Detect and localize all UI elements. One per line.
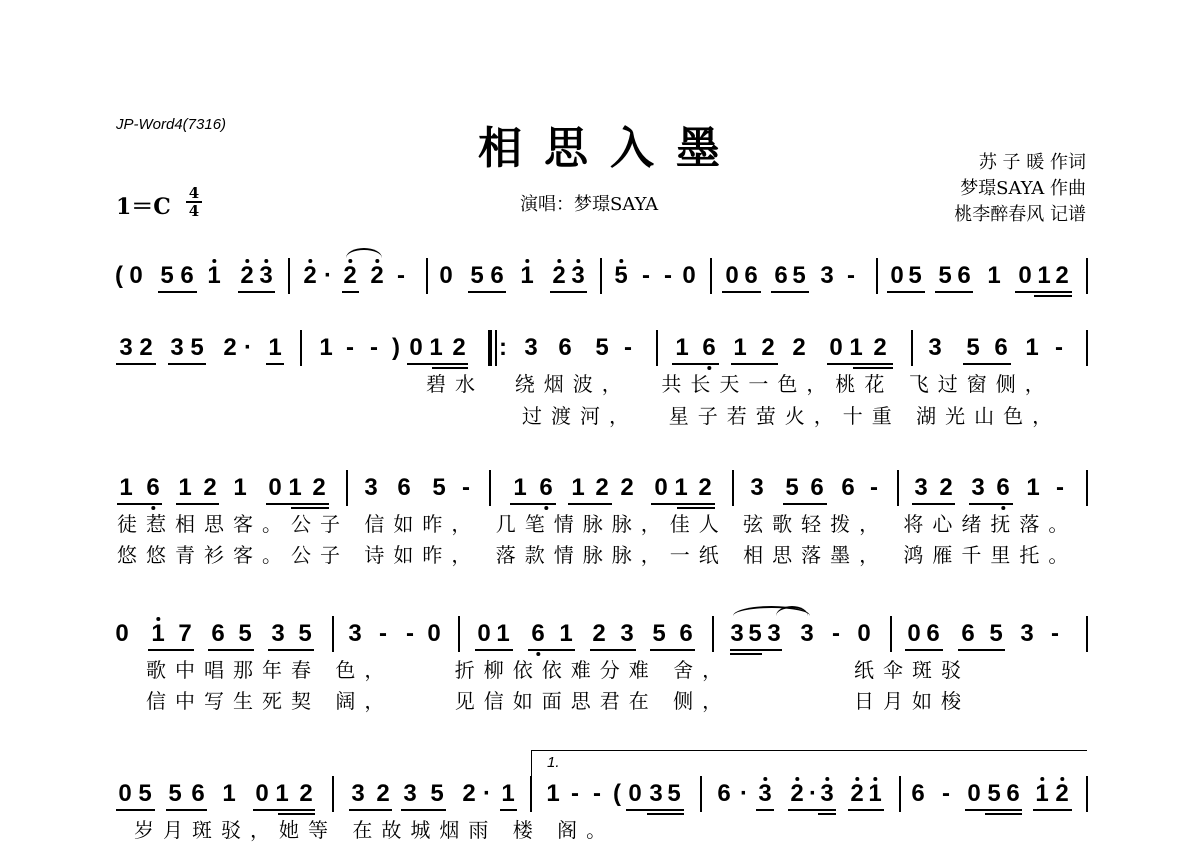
- beam-underline-2: [730, 653, 762, 655]
- beam-underline-2: [985, 813, 1022, 815]
- beam-underline: [500, 809, 517, 811]
- bar-line: [1086, 258, 1088, 294]
- note: 0: [439, 262, 452, 290]
- note: 3: [820, 780, 833, 808]
- note: 5: [432, 474, 445, 502]
- note: 6: [679, 620, 692, 648]
- note: 1: [429, 334, 442, 362]
- note: 5: [168, 780, 181, 808]
- note: 0: [857, 620, 870, 648]
- note: -: [1055, 334, 1063, 362]
- beam-underline: [912, 503, 955, 505]
- note: 7: [178, 620, 191, 648]
- note: -: [942, 780, 950, 808]
- note: 5: [966, 334, 979, 362]
- note: -: [870, 474, 878, 502]
- composer-credit: 梦璟SAYA 作曲: [954, 176, 1086, 202]
- note: 1: [275, 780, 288, 808]
- beam-underline: [722, 291, 761, 293]
- singer-credit: 演唱：梦璟SAYA: [520, 190, 658, 216]
- note: 2: [376, 780, 389, 808]
- note: 2: [792, 334, 805, 362]
- beam-underline-2: [647, 813, 684, 815]
- beam-underline: [407, 363, 468, 365]
- bar-line: [332, 776, 334, 812]
- note: 6: [702, 334, 715, 362]
- bar-line: [899, 776, 901, 812]
- beam-underline-2: [291, 507, 329, 509]
- lyric-line: 碧水 绕烟波， 共长天一色，桃花 飞过窗侧，: [426, 372, 1054, 396]
- note: 3: [767, 620, 780, 648]
- note: 3: [571, 262, 584, 290]
- note: 2: [761, 334, 774, 362]
- note: 1: [222, 780, 235, 808]
- beam-underline: [342, 291, 359, 293]
- note: 2: [552, 262, 565, 290]
- beam-underline: [905, 649, 943, 651]
- note: 3: [758, 780, 771, 808]
- note: 5: [298, 620, 311, 648]
- note: 5: [667, 780, 680, 808]
- note: 2: [240, 262, 253, 290]
- note: 1: [496, 620, 509, 648]
- note: 2: [452, 334, 465, 362]
- beam-underline: [848, 809, 884, 811]
- note: 5: [785, 474, 798, 502]
- beam-underline: [168, 363, 206, 365]
- bar-line: [876, 258, 878, 294]
- note: -: [406, 620, 414, 648]
- beam-underline: [672, 363, 719, 365]
- beam-underline: [468, 291, 506, 293]
- beam-underline-2: [677, 507, 715, 509]
- note: 6: [397, 474, 410, 502]
- note: 0: [682, 262, 695, 290]
- note: 6: [717, 780, 730, 808]
- note: 3: [820, 262, 833, 290]
- lyric-line: 徒惹相思客。公子 信如昨， 几笔情脉脉，佳人 弦歌轻拨， 将心绪抚落。: [117, 512, 1077, 536]
- note: 2: [223, 334, 236, 362]
- time-signature-top: 4: [186, 186, 202, 200]
- beam-underline: [117, 503, 162, 505]
- note: 1: [520, 262, 533, 290]
- key-signature: 1＝C: [116, 190, 171, 221]
- note: 3: [364, 474, 377, 502]
- note: ): [392, 334, 400, 362]
- note: 5: [987, 780, 1000, 808]
- note: :: [499, 334, 507, 362]
- note: 6: [490, 262, 503, 290]
- beam-underline: [935, 291, 973, 293]
- note: 0: [129, 262, 142, 290]
- bar-line: [897, 470, 899, 506]
- note: 5: [595, 334, 608, 362]
- time-signature-bottom: 4: [186, 204, 202, 218]
- note: 1: [849, 334, 862, 362]
- note: 1: [513, 474, 526, 502]
- note: 0: [628, 780, 641, 808]
- note: 2: [139, 334, 152, 362]
- beam-underline: [788, 809, 836, 811]
- repeat-start-thin: [495, 330, 497, 366]
- beam-underline: [266, 503, 329, 505]
- beam-underline: [969, 503, 1013, 505]
- note: 1: [733, 334, 746, 362]
- note: -: [1051, 620, 1059, 648]
- note: -: [346, 334, 354, 362]
- note: 0: [725, 262, 738, 290]
- note: 6: [211, 620, 224, 648]
- transcriber-credit: 桃李醉春风 记谱: [954, 202, 1086, 228]
- beam-underline: [176, 503, 219, 505]
- note: 2: [1055, 780, 1068, 808]
- beam-underline: [510, 503, 556, 505]
- note: 6: [961, 620, 974, 648]
- bar-line: [288, 258, 290, 294]
- beam-underline: [148, 649, 194, 651]
- beam-underline: [550, 291, 587, 293]
- beam-underline: [1033, 809, 1072, 811]
- note: 5: [748, 620, 761, 648]
- note: 1: [675, 334, 688, 362]
- beam-underline: [963, 363, 1011, 365]
- beam-underline: [887, 291, 925, 293]
- note: 6: [841, 474, 854, 502]
- note: 1: [868, 780, 881, 808]
- beam-underline: [827, 363, 893, 365]
- note: 0: [907, 620, 920, 648]
- note: 5: [430, 780, 443, 808]
- note: -: [832, 620, 840, 648]
- beam-underline: [756, 809, 774, 811]
- beam-underline: [166, 809, 207, 811]
- note: 2: [203, 474, 216, 502]
- note: 3: [971, 474, 984, 502]
- note: 5: [792, 262, 805, 290]
- note: -: [847, 262, 855, 290]
- bar-line: [1086, 616, 1088, 652]
- note: 2: [462, 780, 475, 808]
- note: 5: [614, 262, 627, 290]
- note: 2: [343, 262, 356, 290]
- note: 5: [938, 262, 951, 290]
- note: 1: [119, 474, 132, 502]
- note: 6: [744, 262, 757, 290]
- note: 6: [926, 620, 939, 648]
- note: 5: [190, 334, 203, 362]
- slur-arc: [776, 606, 808, 616]
- note: ·: [809, 780, 817, 808]
- beam-underline: [783, 503, 827, 505]
- note: ·: [244, 334, 252, 362]
- note: 1: [207, 262, 220, 290]
- beam-underline: [116, 809, 155, 811]
- note: 6: [180, 262, 193, 290]
- note: 1: [268, 334, 281, 362]
- note: 0: [890, 262, 903, 290]
- time-signature: 4 4: [186, 186, 202, 218]
- note: 2: [303, 262, 316, 290]
- note: 0: [255, 780, 268, 808]
- note: (: [115, 262, 123, 290]
- note: -: [664, 262, 672, 290]
- beam-underline-2: [278, 813, 315, 815]
- note: 1: [151, 620, 164, 648]
- note: 1: [501, 780, 514, 808]
- beam-underline: [158, 291, 197, 293]
- beam-underline: [1015, 291, 1072, 293]
- note: 0: [115, 620, 128, 648]
- note: 2: [299, 780, 312, 808]
- beam-underline: [958, 649, 1005, 651]
- bar-line: [1086, 330, 1088, 366]
- note: 3: [170, 334, 183, 362]
- bar-line: [712, 616, 714, 652]
- note: -: [370, 334, 378, 362]
- note: -: [642, 262, 650, 290]
- note: 6: [996, 474, 1009, 502]
- note: -: [379, 620, 387, 648]
- beam-underline: [731, 363, 778, 365]
- note: 6: [957, 262, 970, 290]
- beam-underline: [238, 291, 275, 293]
- note: 2: [873, 334, 886, 362]
- note: 1: [319, 334, 332, 362]
- note: 1: [1035, 780, 1048, 808]
- note: 3: [351, 780, 364, 808]
- beam-underline: [965, 809, 1022, 811]
- beam-underline: [266, 363, 284, 365]
- note: 2: [1055, 262, 1068, 290]
- note: 1: [674, 474, 687, 502]
- lyric-line: 过渡河， 星子若萤火，十重 湖光山色，: [522, 404, 1061, 428]
- beam-underline: [626, 809, 684, 811]
- note: ·: [740, 780, 748, 808]
- beam-underline: [730, 649, 782, 651]
- note: ·: [483, 780, 491, 808]
- beam-underline: [650, 649, 695, 651]
- note: 5: [238, 620, 251, 648]
- beam-underline-2: [853, 367, 893, 369]
- bar-line: [710, 258, 712, 294]
- note: 0: [409, 334, 422, 362]
- note: 1: [233, 474, 246, 502]
- note: 1: [1026, 474, 1039, 502]
- note: 6: [558, 334, 571, 362]
- bar-line: [890, 616, 892, 652]
- note: 3: [119, 334, 132, 362]
- note: 3: [800, 620, 813, 648]
- note: 0: [268, 474, 281, 502]
- note: 6: [146, 474, 159, 502]
- note: 6: [539, 474, 552, 502]
- lyric-line: 歌中唱那年春 色， 折柳依依难分难 舍， 纸伞斑驳: [146, 658, 970, 682]
- bar-line: [911, 330, 913, 366]
- note: -: [593, 780, 601, 808]
- beam-underline: [253, 809, 315, 811]
- note: 5: [470, 262, 483, 290]
- note: 2: [939, 474, 952, 502]
- volta-bracket: [531, 750, 1087, 777]
- note: 5: [138, 780, 151, 808]
- note: 3: [524, 334, 537, 362]
- note: 3: [649, 780, 662, 808]
- lyricist-credit: 苏 子 暖 作词: [954, 150, 1086, 176]
- note: 6: [531, 620, 544, 648]
- note: 3: [928, 334, 941, 362]
- note: 0: [654, 474, 667, 502]
- beam-underline: [208, 649, 254, 651]
- note: 2: [312, 474, 325, 502]
- note: ·: [324, 262, 332, 290]
- note: 5: [652, 620, 665, 648]
- note: 3: [730, 620, 743, 648]
- lyric-line: 悠悠青衫客。公子 诗如昨， 落款情脉脉，一纸 相思落墨， 鸿雁千里托。: [117, 543, 1077, 567]
- bar-line: [489, 470, 491, 506]
- slur-arc: [346, 248, 382, 258]
- note: 0: [427, 620, 440, 648]
- note: 0: [967, 780, 980, 808]
- bar-line: [426, 258, 428, 294]
- note: 0: [118, 780, 131, 808]
- beam-underline-2: [818, 813, 836, 815]
- note: 2: [850, 780, 863, 808]
- beam-underline: [528, 649, 575, 651]
- note: 2: [698, 474, 711, 502]
- beam-underline: [568, 503, 612, 505]
- note: 5: [908, 262, 921, 290]
- note: 3: [348, 620, 361, 648]
- note: 2: [790, 780, 803, 808]
- note: 5: [160, 262, 173, 290]
- beam-underline: [771, 291, 809, 293]
- bar-line: [530, 776, 532, 812]
- bar-line: [458, 616, 460, 652]
- beam-underline: [590, 649, 636, 651]
- note: 2: [370, 262, 383, 290]
- note: 5: [989, 620, 1002, 648]
- note: 1: [288, 474, 301, 502]
- note: 2: [595, 474, 608, 502]
- note: 2: [592, 620, 605, 648]
- beam-underline-2: [432, 367, 468, 369]
- note: -: [624, 334, 632, 362]
- note: 0: [829, 334, 842, 362]
- bar-line: [1086, 776, 1088, 812]
- credits-block: 苏 子 暖 作词 梦璟SAYA 作曲 桃李醉春风 记谱: [954, 150, 1086, 228]
- lyric-line: 岁月斑驳，她等 在故城烟雨 楼 阁。: [134, 818, 615, 842]
- note: 6: [1006, 780, 1019, 808]
- note: 3: [259, 262, 272, 290]
- beam-underline: [349, 809, 392, 811]
- bar-line: [732, 470, 734, 506]
- note: -: [462, 474, 470, 502]
- note: -: [1056, 474, 1064, 502]
- beam-underline: [651, 503, 715, 505]
- bar-line: [600, 258, 602, 294]
- lyric-line: 信中写生死契 阔， 见信如面思君在 侧， 日月如梭: [146, 689, 970, 713]
- note: 6: [911, 780, 924, 808]
- beam-underline: [475, 649, 513, 651]
- note: 6: [774, 262, 787, 290]
- bar-line: [332, 616, 334, 652]
- volta-label: 1.: [547, 754, 560, 771]
- note: 1: [1037, 262, 1050, 290]
- beam-underline: [268, 649, 314, 651]
- note: 6: [810, 474, 823, 502]
- note: 2: [620, 474, 633, 502]
- note: 3: [1020, 620, 1033, 648]
- note: -: [397, 262, 405, 290]
- note: -: [571, 780, 579, 808]
- note: 3: [914, 474, 927, 502]
- note: 6: [191, 780, 204, 808]
- repeat-start-thick: [488, 330, 492, 366]
- note: 1: [987, 262, 1000, 290]
- note: 3: [403, 780, 416, 808]
- note: 1: [546, 780, 559, 808]
- note: 3: [750, 474, 763, 502]
- note: 6: [994, 334, 1007, 362]
- beam-underline: [116, 363, 156, 365]
- note: 3: [271, 620, 284, 648]
- note: 1: [571, 474, 584, 502]
- note: 0: [477, 620, 490, 648]
- note: 1: [1025, 334, 1038, 362]
- note: 1: [559, 620, 572, 648]
- bar-line: [656, 330, 658, 366]
- bar-line: [346, 470, 348, 506]
- bar-line: [1086, 470, 1088, 506]
- note: 1: [178, 474, 191, 502]
- beam-underline-2: [1034, 295, 1072, 297]
- bar-line: [700, 776, 702, 812]
- note: 3: [620, 620, 633, 648]
- bar-line: [300, 330, 302, 366]
- note: (: [613, 780, 621, 808]
- beam-underline: [401, 809, 446, 811]
- note: 0: [1018, 262, 1031, 290]
